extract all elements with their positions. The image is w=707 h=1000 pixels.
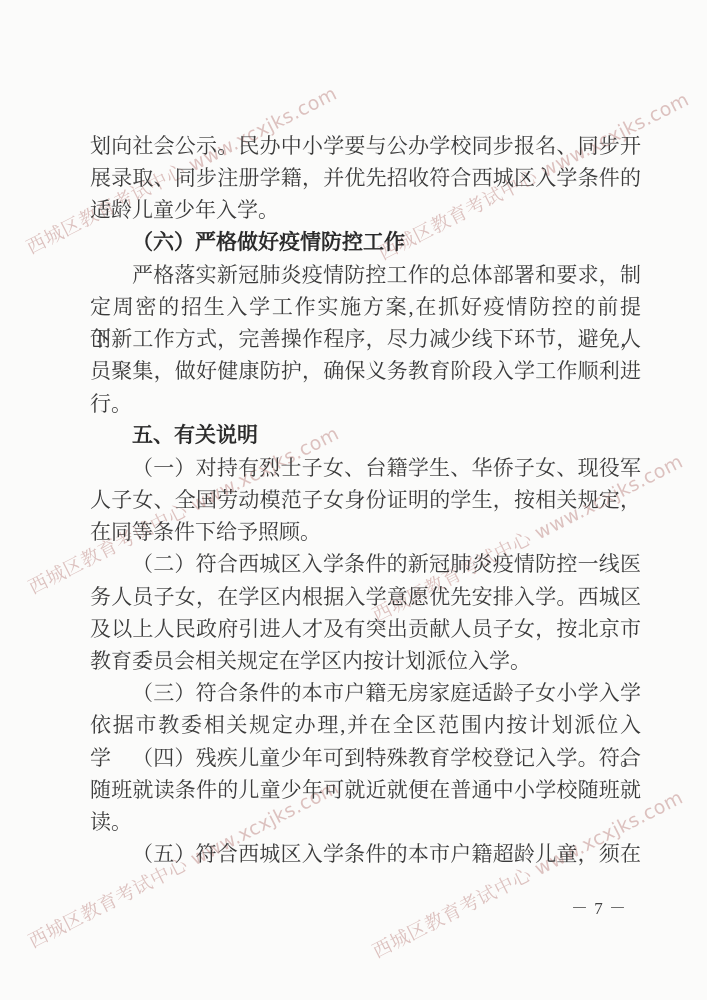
document-line: 创新工作方式，完善操作程序，尽力减少线下环节，避免人 <box>90 323 641 355</box>
document-line: （四）残疾儿童少年可到特殊教育学校登记入学。符合 <box>90 742 641 774</box>
document-line: 读。 <box>90 806 641 838</box>
document-line: 人子女、全国劳动模范子女身份证明的学生，按相关规定， <box>90 484 641 516</box>
document-line: 及以上人民政府引进人才及有突出贡献人员子女，按北京市 <box>90 613 641 645</box>
document-line: 员聚集，做好健康防护，确保义务教育阶段入学工作顺利进 <box>90 355 641 387</box>
page-number: － 7 － <box>571 894 627 919</box>
document-line: 适龄儿童少年入学。 <box>90 194 641 226</box>
document-body: 划向社会公示。民办中小学要与公办学校同步报名、同步开展录取、同步注册学籍，并优先… <box>90 130 641 870</box>
document-line: （一）对持有烈士子女、台籍学生、华侨子女、现役军 <box>90 452 641 484</box>
document-line: 定周密的招生入学工作实施方案,在抓好疫情防控的前提下， <box>90 291 641 323</box>
document-line: 展录取、同步注册学籍，并优先招收符合西城区入学条件的 <box>90 162 641 194</box>
document-line: （三）符合条件的本市户籍无房家庭适龄子女小学入学 <box>90 677 641 709</box>
document-line: 务人员子女，在学区内根据入学意愿优先安排入学。西城区 <box>90 581 641 613</box>
section-heading: 五、有关说明 <box>90 420 641 452</box>
document-line: 教育委员会相关规定在学区内按计划派位入学。 <box>90 645 641 677</box>
document-line: 随班就读条件的儿童少年可就近就便在普通中小学校随班就 <box>90 774 641 806</box>
document-page: 西城区教育考试中心 www.xcxjks.com西城区教育考试中心 www.xc… <box>0 0 707 1000</box>
section-heading: （六）严格做好疫情防控工作 <box>90 227 641 259</box>
document-line: 严格落实新冠肺炎疫情防控工作的总体部署和要求，制 <box>90 259 641 291</box>
document-line: 划向社会公示。民办中小学要与公办学校同步报名、同步开 <box>90 130 641 162</box>
document-line: （五）符合西城区入学条件的本市户籍超龄儿童，须在 <box>90 838 641 870</box>
document-line: 行。 <box>90 388 641 420</box>
document-line: 在同等条件下给予照顾。 <box>90 516 641 548</box>
document-line: 依据市教委相关规定办理,并在全区范围内按计划派位入学。 <box>90 709 641 741</box>
document-line: （二）符合西城区入学条件的新冠肺炎疫情防控一线医 <box>90 548 641 580</box>
